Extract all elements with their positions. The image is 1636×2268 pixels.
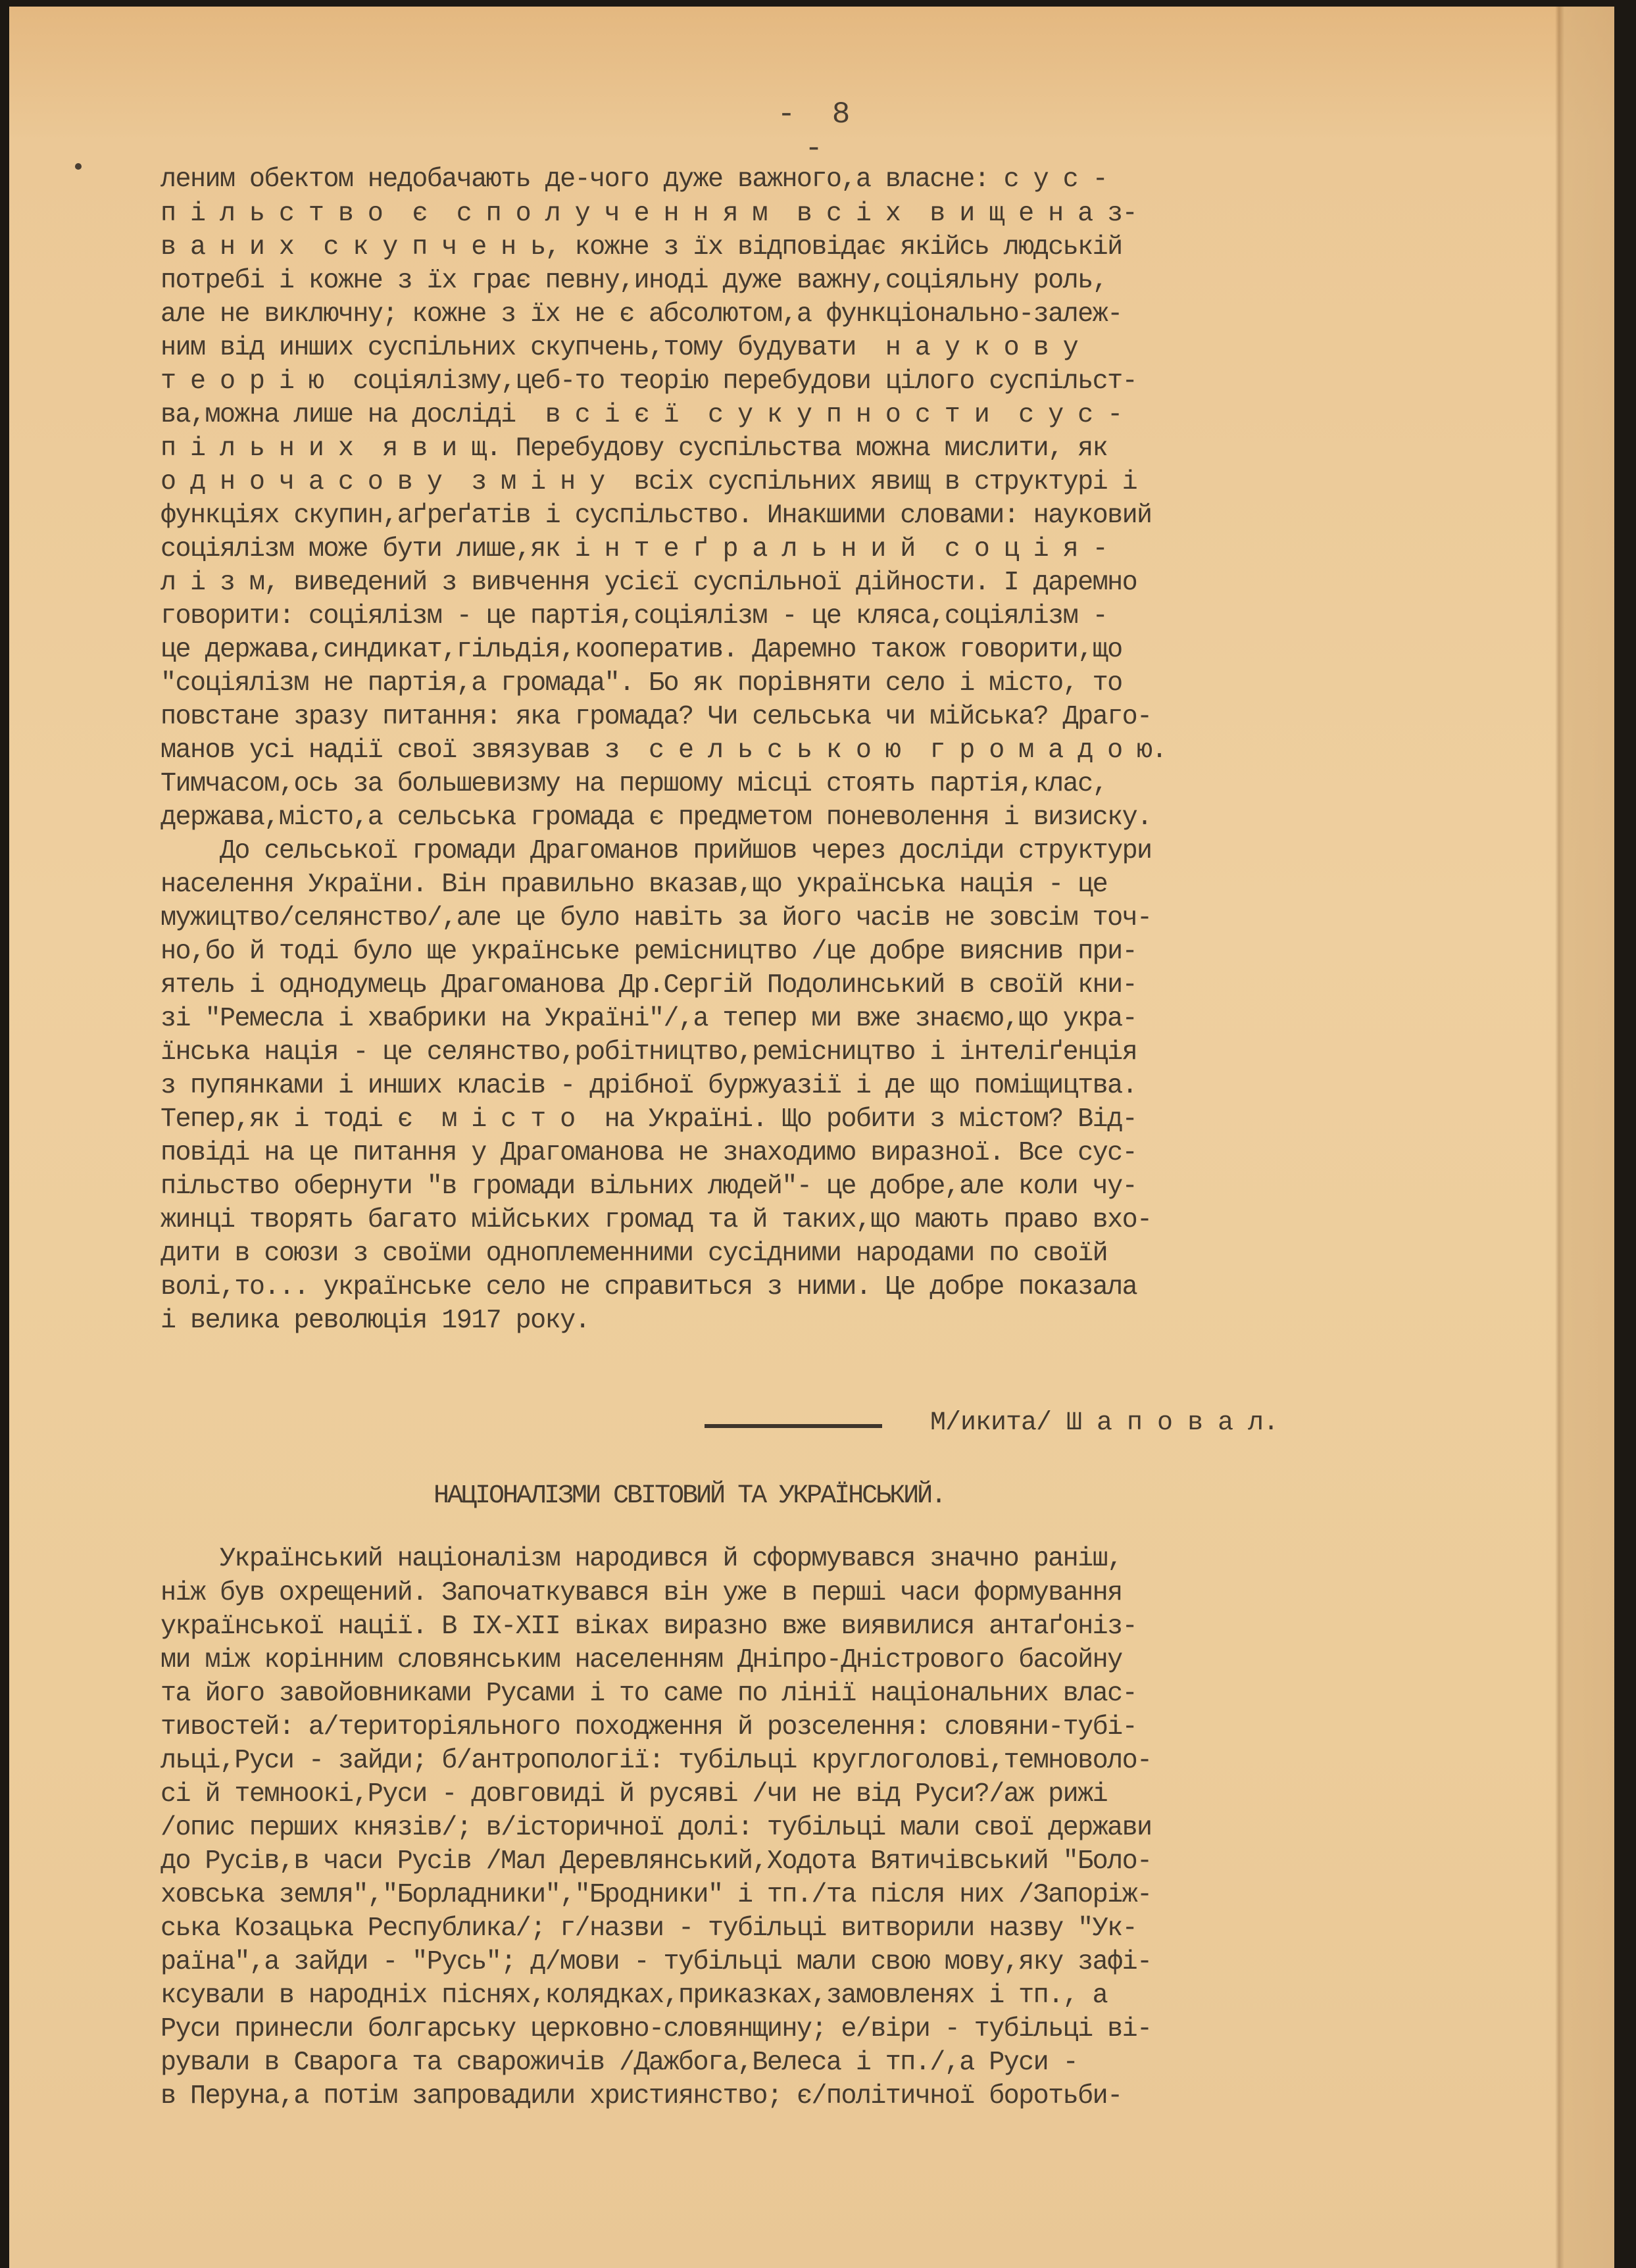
text-line: манов усі надії свої звязував з с е л ь … xyxy=(161,734,1516,767)
text-line: мужицтво/селянство/,але це було навіть з… xyxy=(161,902,1516,935)
text-line: ніж був охрещений. Започаткувався він уж… xyxy=(161,1577,1516,1610)
text-line: ховська земля","Борладники","Бродники" і… xyxy=(161,1879,1516,1911)
text-line: їнська нація - це селянство,робітництво,… xyxy=(161,1036,1516,1069)
text-line: і велика революція 1917 року. xyxy=(161,1304,1516,1337)
text-line: л і з м, виведений з вивчення усієї сусп… xyxy=(161,566,1516,599)
text-line: функціях скупин,аґреґатів і суспільство.… xyxy=(161,499,1516,532)
text-line: леним обектом недобачають де-чого дуже в… xyxy=(161,163,1516,196)
text-line: /опис перших князів/; в/історичної долі:… xyxy=(161,1812,1516,1844)
text-line: повстане зразу питання: яка громада? Чи … xyxy=(161,701,1516,733)
page-number: - 8 - xyxy=(753,97,884,166)
text-line: ва,можна лише на досліді в с і є ї с у к… xyxy=(161,399,1516,431)
text-line: та його завойовниками Русами і то саме п… xyxy=(161,1677,1516,1710)
text-line: льці,Руси - зайди; б/антропології: тубіл… xyxy=(161,1744,1516,1777)
text-line: в а н и х с к у п ч е н ь, кожне з їх ві… xyxy=(161,231,1516,264)
text-line: Український націоналізм народився й сфор… xyxy=(161,1542,1516,1575)
text-line: ним від инших суспільних скупчень,тому б… xyxy=(161,332,1516,364)
text-line: раїна",а зайди - "Русь"; д/мови - тубіль… xyxy=(161,1946,1516,1979)
text-line: але не виключну; кожне з їх не є абсолют… xyxy=(161,298,1516,331)
text-line: в Перуна,а потім запровадили християнств… xyxy=(161,2080,1516,2113)
text-line: говорити: соціялізм - це партія,соціяліз… xyxy=(161,600,1516,633)
text-line: ми між корінним словянським населенням Д… xyxy=(161,1644,1516,1677)
text-line: жинці творять багато мійських громад та … xyxy=(161,1204,1516,1237)
text-line: п і л ь с т в о є с п о л у ч е н н я м … xyxy=(161,197,1516,230)
text-line: но,бо й тоді було ще українське ремісниц… xyxy=(161,935,1516,968)
text-line: волі,то... українське село не справиться… xyxy=(161,1271,1516,1304)
text-line: це держава,синдикат,гільдія,кооператив. … xyxy=(161,633,1516,666)
text-line: сі й темноокі,Руси - довговиді й русяві … xyxy=(161,1778,1516,1811)
text-line: держава,місто,а сельська громада є предм… xyxy=(161,801,1516,834)
text-line: ська Козацька Республика/; г/назви - туб… xyxy=(161,1912,1516,1945)
text-line: пільство обернути "в громади вільних люд… xyxy=(161,1170,1516,1203)
text-line: п і л ь н и х я в и щ. Перебудову суспіл… xyxy=(161,432,1516,465)
text-line: зі "Ремесла і хвабрики на Україні"/,а те… xyxy=(161,1002,1516,1035)
margin-dot xyxy=(75,163,82,170)
text-line: потребі і кожне з їх грає певну,иноді ду… xyxy=(161,264,1516,297)
text-line: повіді на це питання у Драгоманова не зн… xyxy=(161,1137,1516,1170)
section-title: НАЦІОНАЛІЗМИ СВІТОВИЙ ТА УКРАЇНСЬКИЙ. xyxy=(434,1481,945,1511)
text-line: дити в союзи з своїми одноплеменними сус… xyxy=(161,1237,1516,1270)
text-line: Тимчасом,ось за большевизму на першому м… xyxy=(161,768,1516,801)
text-line: Руси принесли болгарську церковно-словян… xyxy=(161,2013,1516,2046)
text-line: т е о р і ю соціялізму,цеб-то теорію пер… xyxy=(161,365,1516,398)
author-signature: М/икита/ Ш а п о в а л. xyxy=(930,1408,1278,1438)
text-line: о д н о ч а с о в у з м і н у всіх суспі… xyxy=(161,466,1516,499)
text-line: рували в Сварога та сварожичів /Дажбога,… xyxy=(161,2046,1516,2079)
signature-rule xyxy=(705,1424,882,1428)
text-line: ксували в народніх піснях,колядках,прика… xyxy=(161,1979,1516,2012)
text-line: до Русів,в часи Русів /Мал Деревлянський… xyxy=(161,1845,1516,1878)
text-line: Тепер,як і тоді є м і с т о на Україні. … xyxy=(161,1103,1516,1136)
document-page: - 8 - леним обектом недобачають де-чого … xyxy=(9,7,1614,2268)
text-line: ятель і однодумець Драгоманова Др.Сергій… xyxy=(161,969,1516,1002)
text-line: тивостей: а/територіяльного походження й… xyxy=(161,1711,1516,1744)
text-line: До сельської громади Драгоманов прийшов … xyxy=(161,835,1516,868)
text-line: соціялізм може бути лише,як і н т е ґ р … xyxy=(161,533,1516,566)
text-line: з пупянками і инших класів - дрібної бур… xyxy=(161,1070,1516,1102)
text-line: "соціялізм не партія,а громада". Бо як п… xyxy=(161,667,1516,700)
text-line: населення України. Він правильно вказав,… xyxy=(161,868,1516,901)
text-line: української нації. В IX-XII віках виразн… xyxy=(161,1610,1516,1643)
